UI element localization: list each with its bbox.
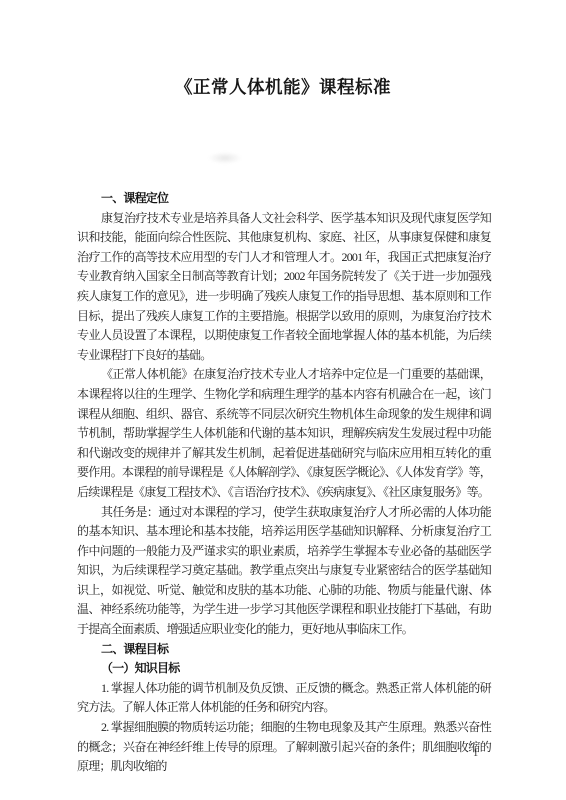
scan-artifact bbox=[208, 152, 242, 164]
list-item-objective-1: 1. 掌握人体功能的调节机制及负反馈、正反馈的概念。熟悉正常人体机能的研究方法。… bbox=[77, 679, 491, 718]
section-heading-course-positioning: 一、课程定位 bbox=[77, 189, 491, 209]
document-page: 《正常人体机能》课程标准 一、课程定位 康复治疗技术专业是培养具备人文社会科学、… bbox=[0, 0, 566, 800]
document-body: 一、课程定位 康复治疗技术专业是培养具备人文社会科学、医学基本知识及现代康复医学… bbox=[77, 189, 491, 777]
section-heading-course-objectives: 二、课程目标 bbox=[77, 640, 491, 660]
page-title: 《正常人体机能》课程标准 bbox=[0, 0, 566, 99]
paragraph-course-positioning-2: 《正常人体机能》在康复治疗技术专业人才培养中定位是一门重要的基础课，本课程将以往… bbox=[77, 365, 491, 502]
page-number: 1 bbox=[473, 748, 478, 759]
paragraph-course-positioning-3: 其任务是：通过对本课程的学习，使学生获取康复治疗人才所必需的人体功能的基本知识、… bbox=[77, 503, 491, 640]
subsection-heading-knowledge-objectives: （一）知识目标 bbox=[77, 659, 491, 679]
list-item-objective-2: 2. 掌握细胞膜的物质转运功能；细胞的生物电现象及其产生原理。熟悉兴奋性的概念；… bbox=[77, 718, 491, 777]
paragraph-course-positioning-1: 康复治疗技术专业是培养具备人文社会科学、医学基本知识及现代康复医学知识和技能，能… bbox=[77, 209, 491, 366]
